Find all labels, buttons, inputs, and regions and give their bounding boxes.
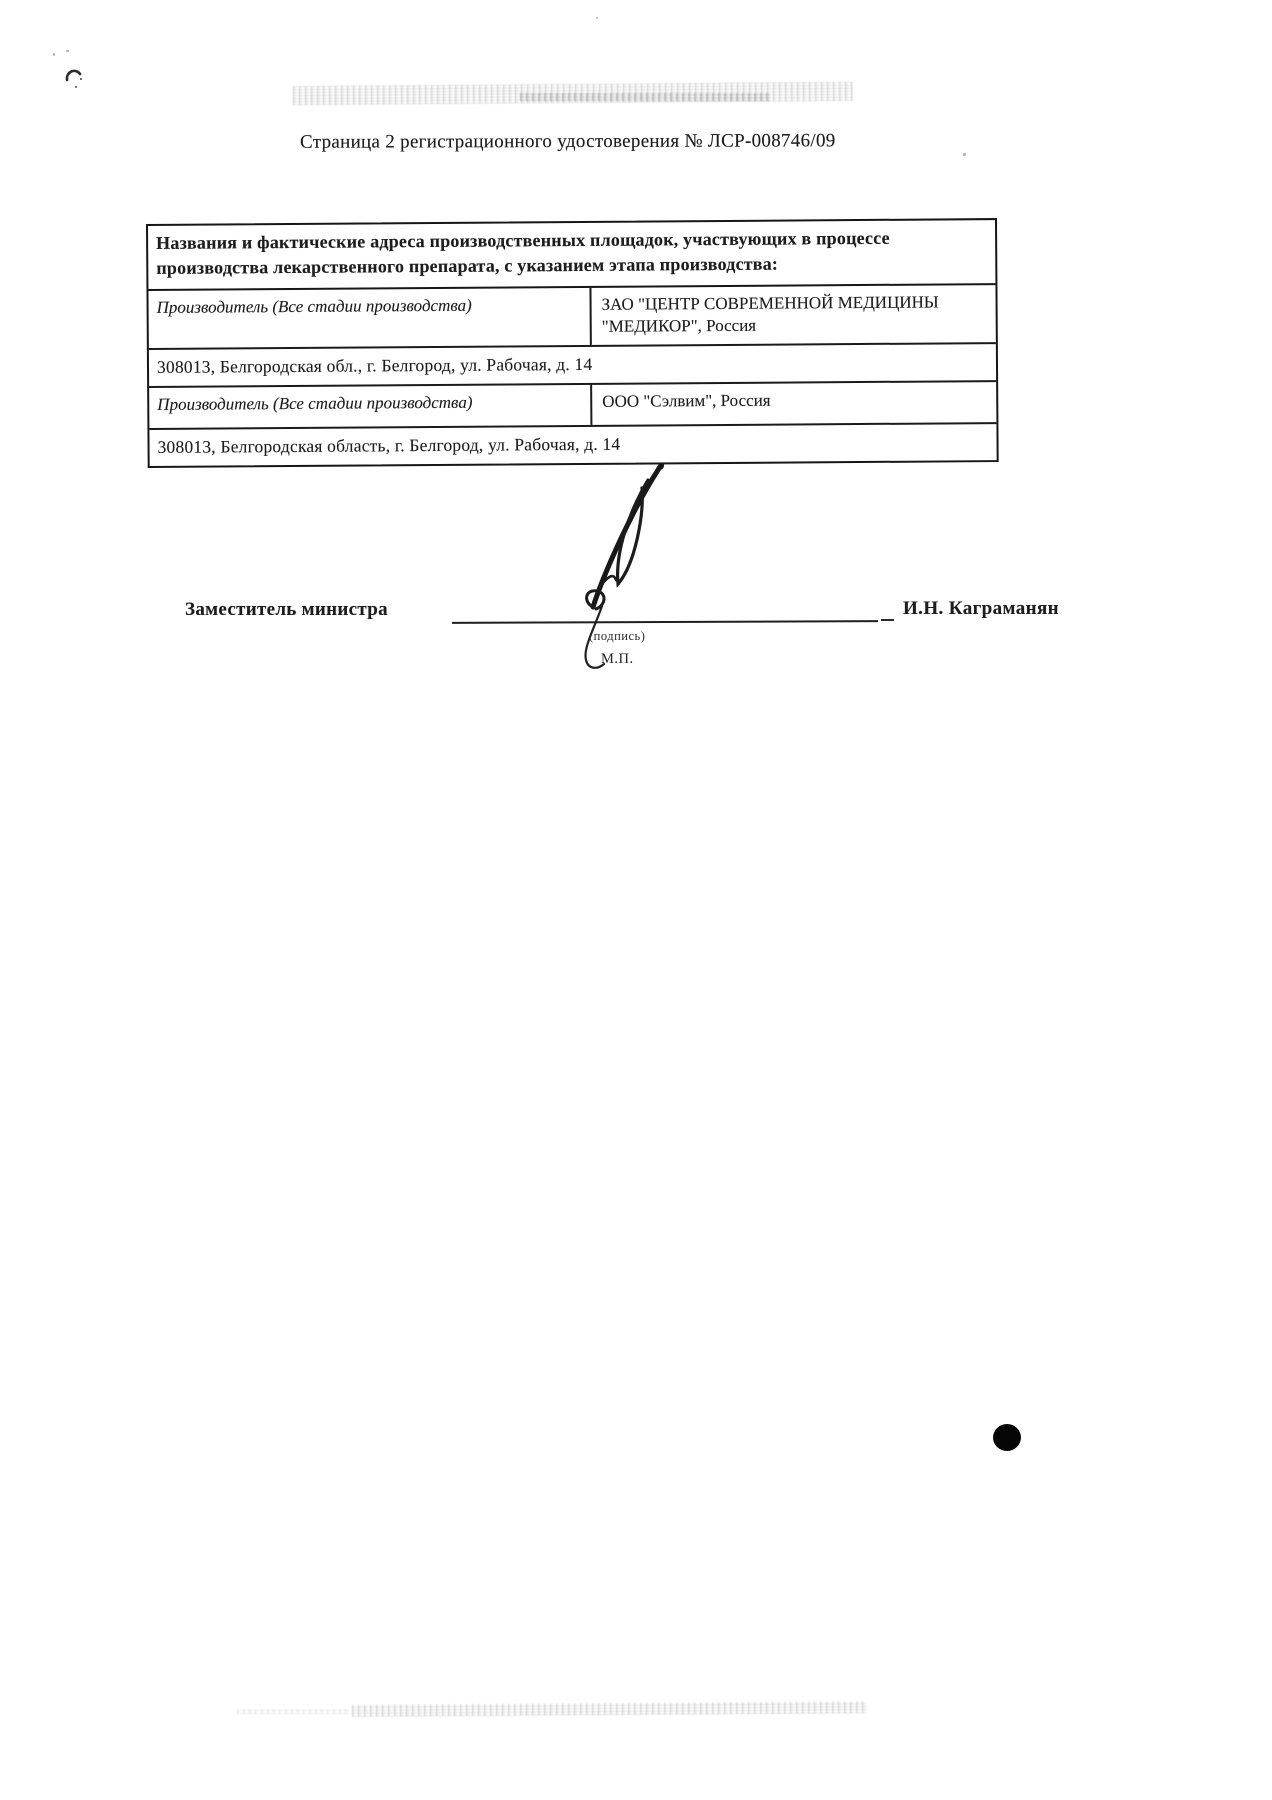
scan-noise-smudge-top: [520, 93, 770, 101]
signature-caption: (подпись): [589, 629, 645, 644]
manufacturer-role-cell: Производитель (Все стадии производства): [149, 384, 592, 427]
manufacturer-name-cell: ЗАО "ЦЕНТР СОВРЕМЕННОЙ МЕДИЦИНЫ "МЕДИКОР…: [591, 285, 995, 345]
scan-hook-mark: [64, 64, 88, 90]
scan-speck: [53, 53, 55, 56]
scan-noise-smudge-bottom: [237, 1709, 349, 1714]
signature-line-dash: [881, 619, 894, 621]
scan-speck: [963, 153, 966, 156]
signer-name: И.Н. Каграманян: [903, 598, 1059, 620]
punch-hole-dot: [993, 1424, 1021, 1451]
table-caption: Названия и фактические адреса производст…: [148, 220, 995, 291]
manufacturers-table: Названия и фактические адреса производст…: [146, 218, 999, 467]
stamp-place-label: М.П.: [601, 651, 634, 668]
signatory-position-title: Заместитель министра: [185, 599, 388, 621]
page-title: Страница 2 регистрационного удостоверени…: [300, 130, 860, 153]
scan-noise-band-bottom: [352, 1701, 867, 1717]
table-row-manufacturer-2: Производитель (Все стадии производства) …: [149, 382, 996, 430]
table-row-address-1: 308013, Белгородская обл., г. Белгород, …: [149, 344, 996, 388]
scanned-document-page: Страница 2 регистрационного удостоверени…: [0, 0, 1272, 1800]
manufacturer-name-cell: ООО "Сэлвим", Россия: [592, 382, 996, 425]
manufacturer-role-cell: Производитель (Все стадии производства): [148, 288, 591, 348]
scan-speck: [66, 50, 69, 52]
scan-speck: [596, 17, 598, 19]
table-row-manufacturer-1: Производитель (Все стадии производства) …: [148, 285, 995, 350]
